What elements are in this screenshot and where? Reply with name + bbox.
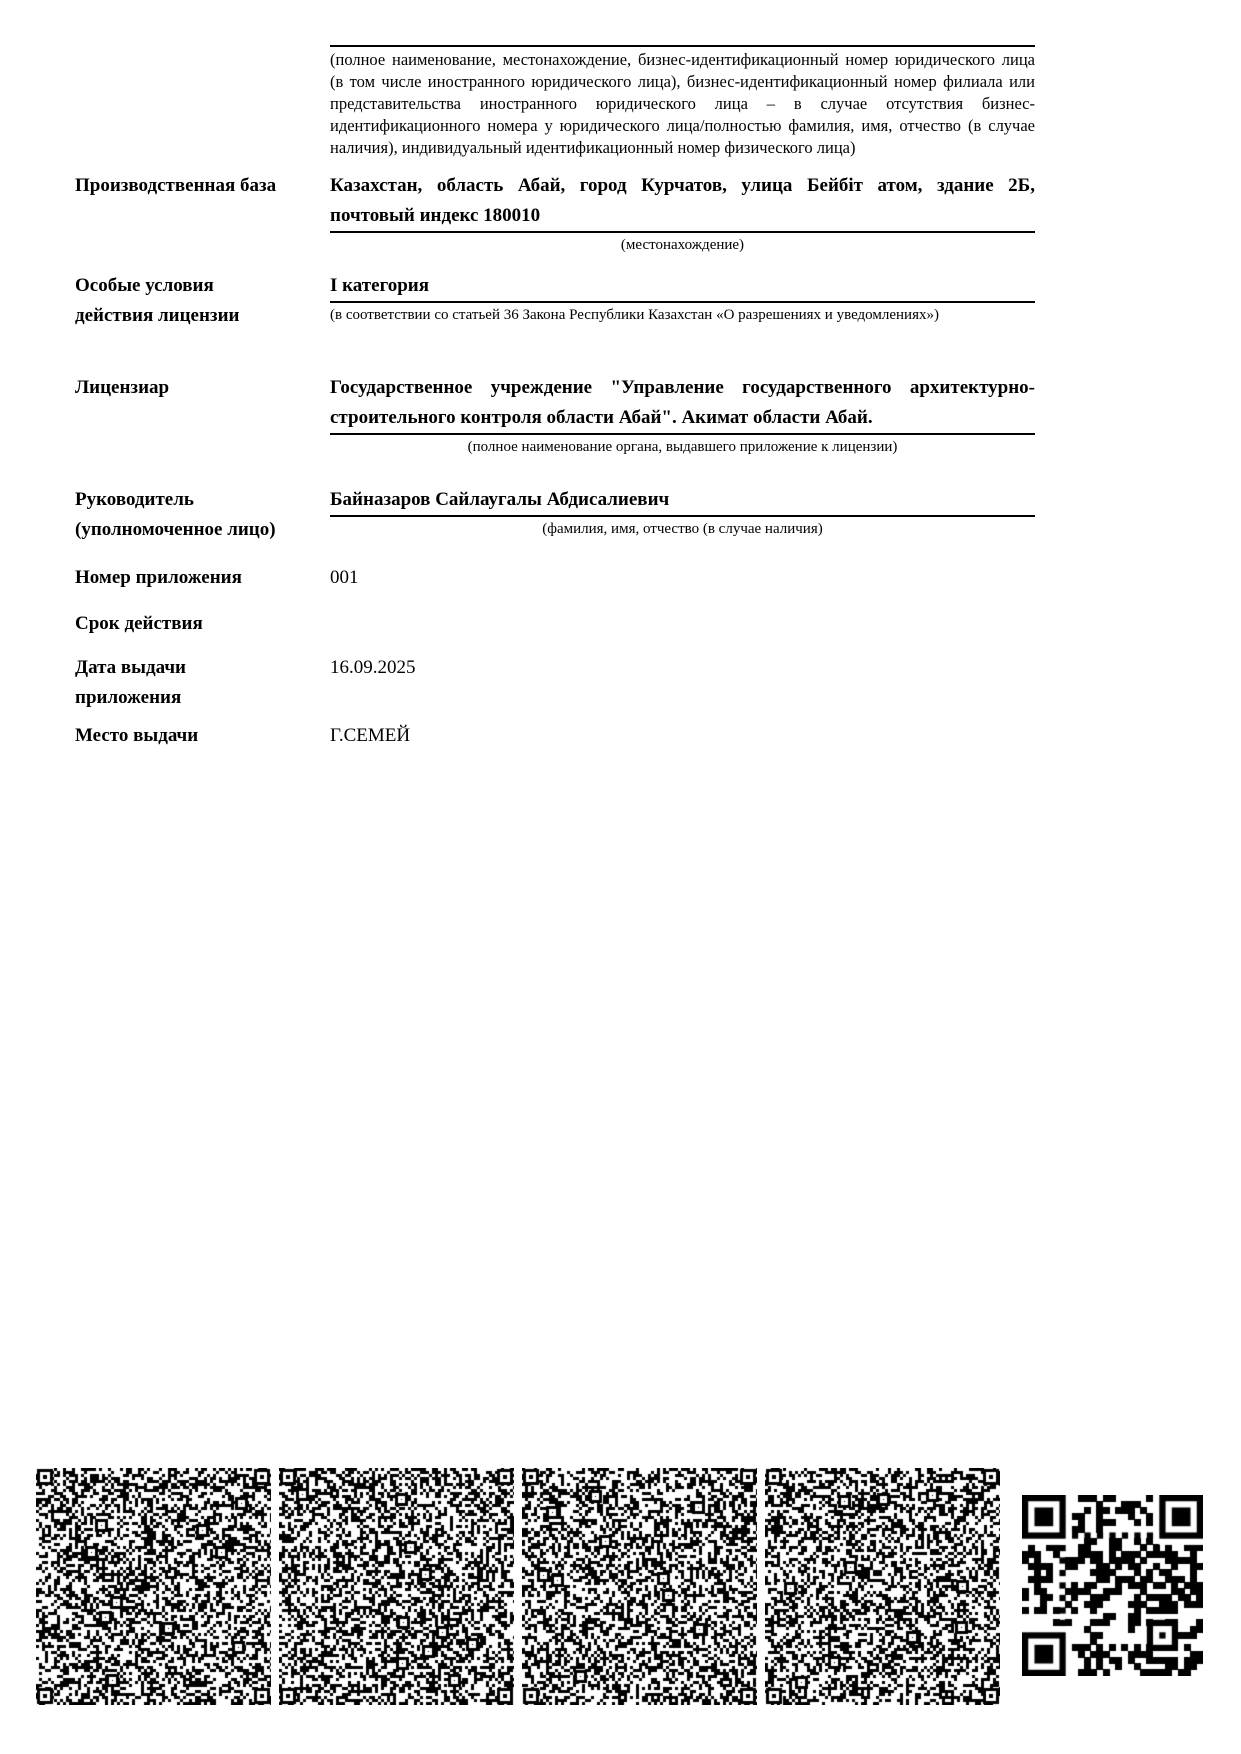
- document-body: (полное наименование, местонахождение, б…: [0, 45, 1241, 751]
- value-annex-number: 001: [330, 563, 1035, 593]
- row-special-conditions: Особые условия действия лицензии I катег…: [0, 271, 1241, 331]
- row-value-cell: Государственное учреждение "Управление г…: [330, 373, 1035, 457]
- row-value-cell: 001: [330, 563, 1035, 593]
- noise-barcode-panel-3: [522, 1468, 757, 1705]
- value-issue-place: Г.СЕМЕЙ: [330, 721, 1035, 751]
- row-value-cell: Г.СЕМЕЙ: [330, 721, 1035, 751]
- qr-code-wrap: [1022, 1495, 1203, 1676]
- qr-code: [1022, 1495, 1203, 1676]
- row-issue-place: Место выдачи Г.СЕМЕЙ: [0, 721, 1241, 751]
- label-annex-number: Номер приложения: [75, 563, 242, 593]
- caption-issuing-authority: (полное наименование органа, выдавшего п…: [330, 435, 1035, 457]
- row-label: Руководитель (уполномоченное лицо): [0, 485, 330, 545]
- top-note-row: (полное наименование, местонахождение, б…: [0, 45, 1241, 159]
- value-head-name: Байназаров Сайлаугалы Абдисалиевич: [330, 485, 1035, 517]
- label-issue-place: Место выдачи: [75, 721, 198, 751]
- noise-barcode-panel-2: [279, 1468, 514, 1705]
- row-head: Руководитель (уполномоченное лицо) Байна…: [0, 485, 1241, 545]
- row-label: Производственная база: [0, 171, 330, 201]
- row-label: Номер приложения: [0, 563, 330, 593]
- row-value-cell: Байназаров Сайлаугалы Абдисалиевич (фами…: [330, 485, 1035, 539]
- value-issue-date: 16.09.2025: [330, 653, 1035, 683]
- label-head: Руководитель (уполномоченное лицо): [75, 485, 310, 545]
- caption-full-name: (фамилия, имя, отчество (в случае наличи…: [330, 517, 1035, 539]
- label-special-conditions: Особые условия действия лицензии: [75, 271, 265, 331]
- row-label: Особые условия действия лицензии: [0, 271, 330, 331]
- row-issue-date: Дата выдачи приложения 16.09.2025: [0, 653, 1241, 713]
- top-note-cell: (полное наименование, местонахождение, б…: [330, 45, 1035, 159]
- caption-location: (местонахождение): [330, 233, 1035, 255]
- row-validity-period: Срок действия: [0, 609, 1241, 639]
- row-label: Дата выдачи приложения: [0, 653, 330, 713]
- label-issue-date: Дата выдачи приложения: [75, 653, 235, 713]
- label-production-base: Производственная база: [75, 171, 276, 201]
- row-licensor: Лицензиар Государственное учреждение "Уп…: [0, 373, 1241, 457]
- row-label: Лицензиар: [0, 373, 330, 403]
- row-production-base: Производственная база Казахстан, область…: [0, 171, 1241, 255]
- row-label: Место выдачи: [0, 721, 330, 751]
- row-value-cell: I категория (в соответствии со статьей 3…: [330, 271, 1035, 325]
- label-licensor: Лицензиар: [75, 373, 169, 403]
- noise-barcode-panel-4: [765, 1468, 1000, 1705]
- noise-barcode-panel-1: [36, 1468, 271, 1705]
- value-production-base: Казахстан, область Абай, город Курчатов,…: [330, 171, 1035, 233]
- value-category: I категория: [330, 271, 1035, 303]
- label-validity-period: Срок действия: [75, 609, 203, 639]
- row-annex-number: Номер приложения 001: [0, 563, 1241, 593]
- digital-signature-barcode-strip: [36, 1468, 1002, 1705]
- row-value-cell: 16.09.2025: [330, 653, 1035, 683]
- row-value-cell: Казахстан, область Абай, город Курчатов,…: [330, 171, 1035, 255]
- caption-law-reference: (в соответствии со статьей 36 Закона Рес…: [330, 303, 1035, 325]
- top-note-text: (полное наименование, местонахождение, б…: [330, 47, 1035, 159]
- row-label: Срок действия: [0, 609, 330, 639]
- value-licensor: Государственное учреждение "Управление г…: [330, 373, 1035, 435]
